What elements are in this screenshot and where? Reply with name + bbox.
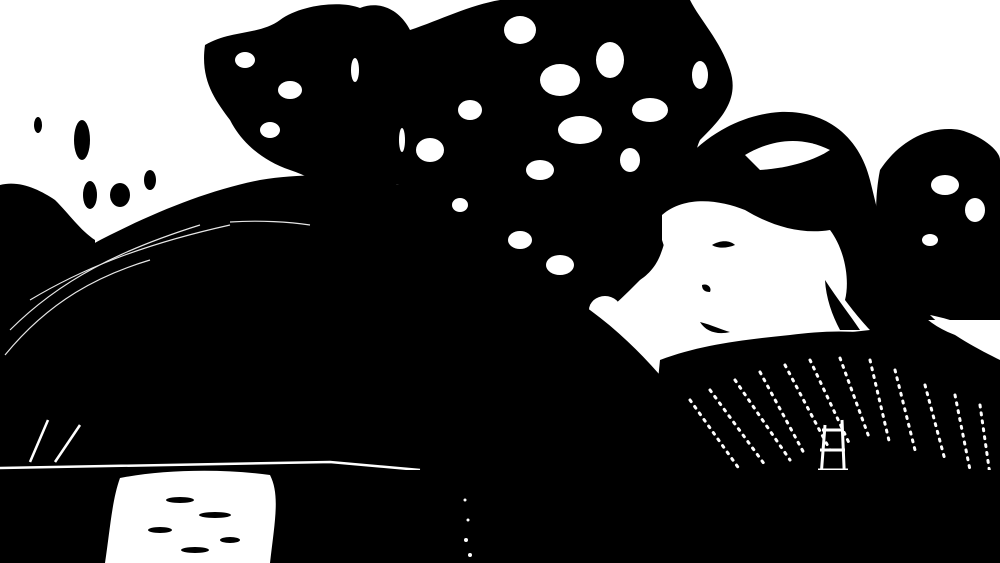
photo-artwork — [0, 0, 1000, 563]
photo-scene — [0, 0, 1000, 563]
